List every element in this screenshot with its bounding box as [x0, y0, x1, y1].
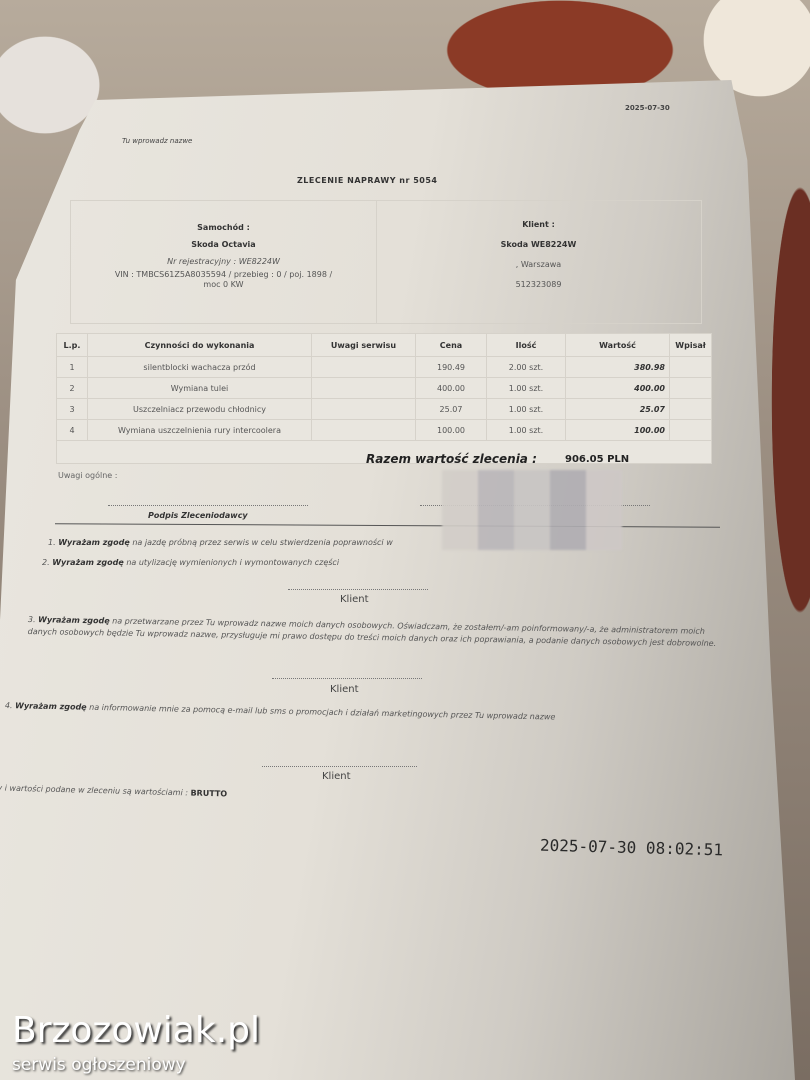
- client-sign-label-1: Klient: [340, 594, 369, 605]
- table-row: 4Wymiana uszczelnienia rury intercoolera…: [57, 420, 712, 441]
- cell-notes: [312, 399, 416, 420]
- client-sign-label-2: Klient: [330, 684, 359, 695]
- cell-lp: 1: [57, 357, 88, 378]
- cell-entered-by: [670, 399, 712, 420]
- cell-price: 25.07: [416, 399, 487, 420]
- col-task: Czynności do wykonania: [88, 334, 312, 357]
- cell-task: Uszczelniacz przewodu chłodnicy: [88, 399, 312, 420]
- client-phone: 512323089: [376, 275, 701, 295]
- cell-value: 100.00: [566, 420, 670, 441]
- cell-qty: 1.00 szt.: [487, 378, 566, 399]
- cell-lp: 4: [57, 420, 88, 441]
- general-notes-label: Uwagi ogólne :: [58, 471, 117, 480]
- cell-qty: 1.00 szt.: [487, 420, 566, 441]
- client-sign-line-2: [272, 678, 422, 679]
- table-row: 3Uszczelniacz przewodu chłodnicy25.071.0…: [57, 399, 712, 420]
- cell-value: 25.07: [566, 399, 670, 420]
- redacted-area: [442, 470, 622, 550]
- car-info: Samochód : Skoda Octavia Nr rejestracyjn…: [71, 219, 376, 290]
- client-sign-line-1: [288, 589, 428, 590]
- cell-task: silentblocki wachacza przód: [88, 357, 312, 378]
- car-label: Samochód :: [71, 219, 376, 236]
- consent-1: 1. Wyrażam zgodę na jazdę próbną przez s…: [48, 537, 468, 549]
- car-registration: Nr rejestracyjny : WE8224W: [71, 253, 376, 270]
- car-model: Skoda Octavia: [71, 236, 376, 253]
- cell-entered-by: [670, 357, 712, 378]
- watermark-subtitle: serwis ogłoszeniowy: [12, 1055, 186, 1075]
- client-city: , Warszawa: [376, 255, 701, 275]
- table-header-row: L.p. Czynności do wykonania Uwagi serwis…: [57, 334, 712, 357]
- cell-price: 400.00: [416, 378, 487, 399]
- cell-value: 400.00: [566, 378, 670, 399]
- col-notes: Uwagi serwisu: [312, 334, 416, 357]
- col-entered-by: Wpisał: [670, 334, 712, 357]
- consent-2: 2. Wyrażam zgodę na utylizację wymienion…: [42, 557, 339, 569]
- info-box: Samochód : Skoda Octavia Nr rejestracyjn…: [70, 200, 702, 324]
- total-label: Razem wartość zlecenia :: [366, 452, 537, 466]
- cell-lp: 2: [57, 378, 88, 399]
- cell-task: Wymiana uszczelnienia rury intercoolera: [88, 420, 312, 441]
- client-sign-line-3: [262, 766, 417, 767]
- col-price: Cena: [416, 334, 487, 357]
- cell-entered-by: [670, 420, 712, 441]
- items-table: L.p. Czynności do wykonania Uwagi serwis…: [56, 333, 712, 464]
- client-label: Klient :: [376, 215, 701, 235]
- cell-task: Wymiana tulei: [88, 378, 312, 399]
- watermark-brand: Brzozowiak.pl: [12, 1010, 260, 1051]
- table-row: 2Wymiana tulei400.001.00 szt.400.00: [57, 378, 712, 399]
- cell-qty: 1.00 szt.: [487, 399, 566, 420]
- client-name: Skoda WE8224W: [376, 235, 701, 255]
- car-power: moc 0 KW: [71, 280, 376, 290]
- signature-label: Podpis Zleceniodawcy: [148, 511, 248, 520]
- cell-notes: [312, 420, 416, 441]
- client-sign-label-3: Klient: [322, 771, 351, 782]
- cell-notes: [312, 357, 416, 378]
- signature-line: [108, 505, 308, 506]
- cell-qty: 2.00 szt.: [487, 357, 566, 378]
- cell-price: 100.00: [416, 420, 487, 441]
- col-lp: L.p.: [57, 334, 88, 357]
- car-vin: VIN : TMBCS61Z5A8035594 / przebieg : 0 /…: [71, 270, 376, 280]
- cell-value: 380.98: [566, 357, 670, 378]
- cell-price: 190.49: [416, 357, 487, 378]
- document-date: 2025-07-30: [625, 104, 670, 112]
- cell-notes: [312, 378, 416, 399]
- total-value: 906.05 PLN: [565, 454, 629, 465]
- col-qty: Ilość: [487, 334, 566, 357]
- document-title: ZLECENIE NAPRAWY nr 5054: [297, 176, 437, 185]
- col-value: Wartość: [566, 334, 670, 357]
- company-name: Tu wprowadz nazwe: [122, 137, 192, 145]
- cell-lp: 3: [57, 399, 88, 420]
- client-info: Klient : Skoda WE8224W , Warszawa 512323…: [376, 215, 701, 295]
- table-row: 1silentblocki wachacza przód190.492.00 s…: [57, 357, 712, 378]
- cell-entered-by: [670, 378, 712, 399]
